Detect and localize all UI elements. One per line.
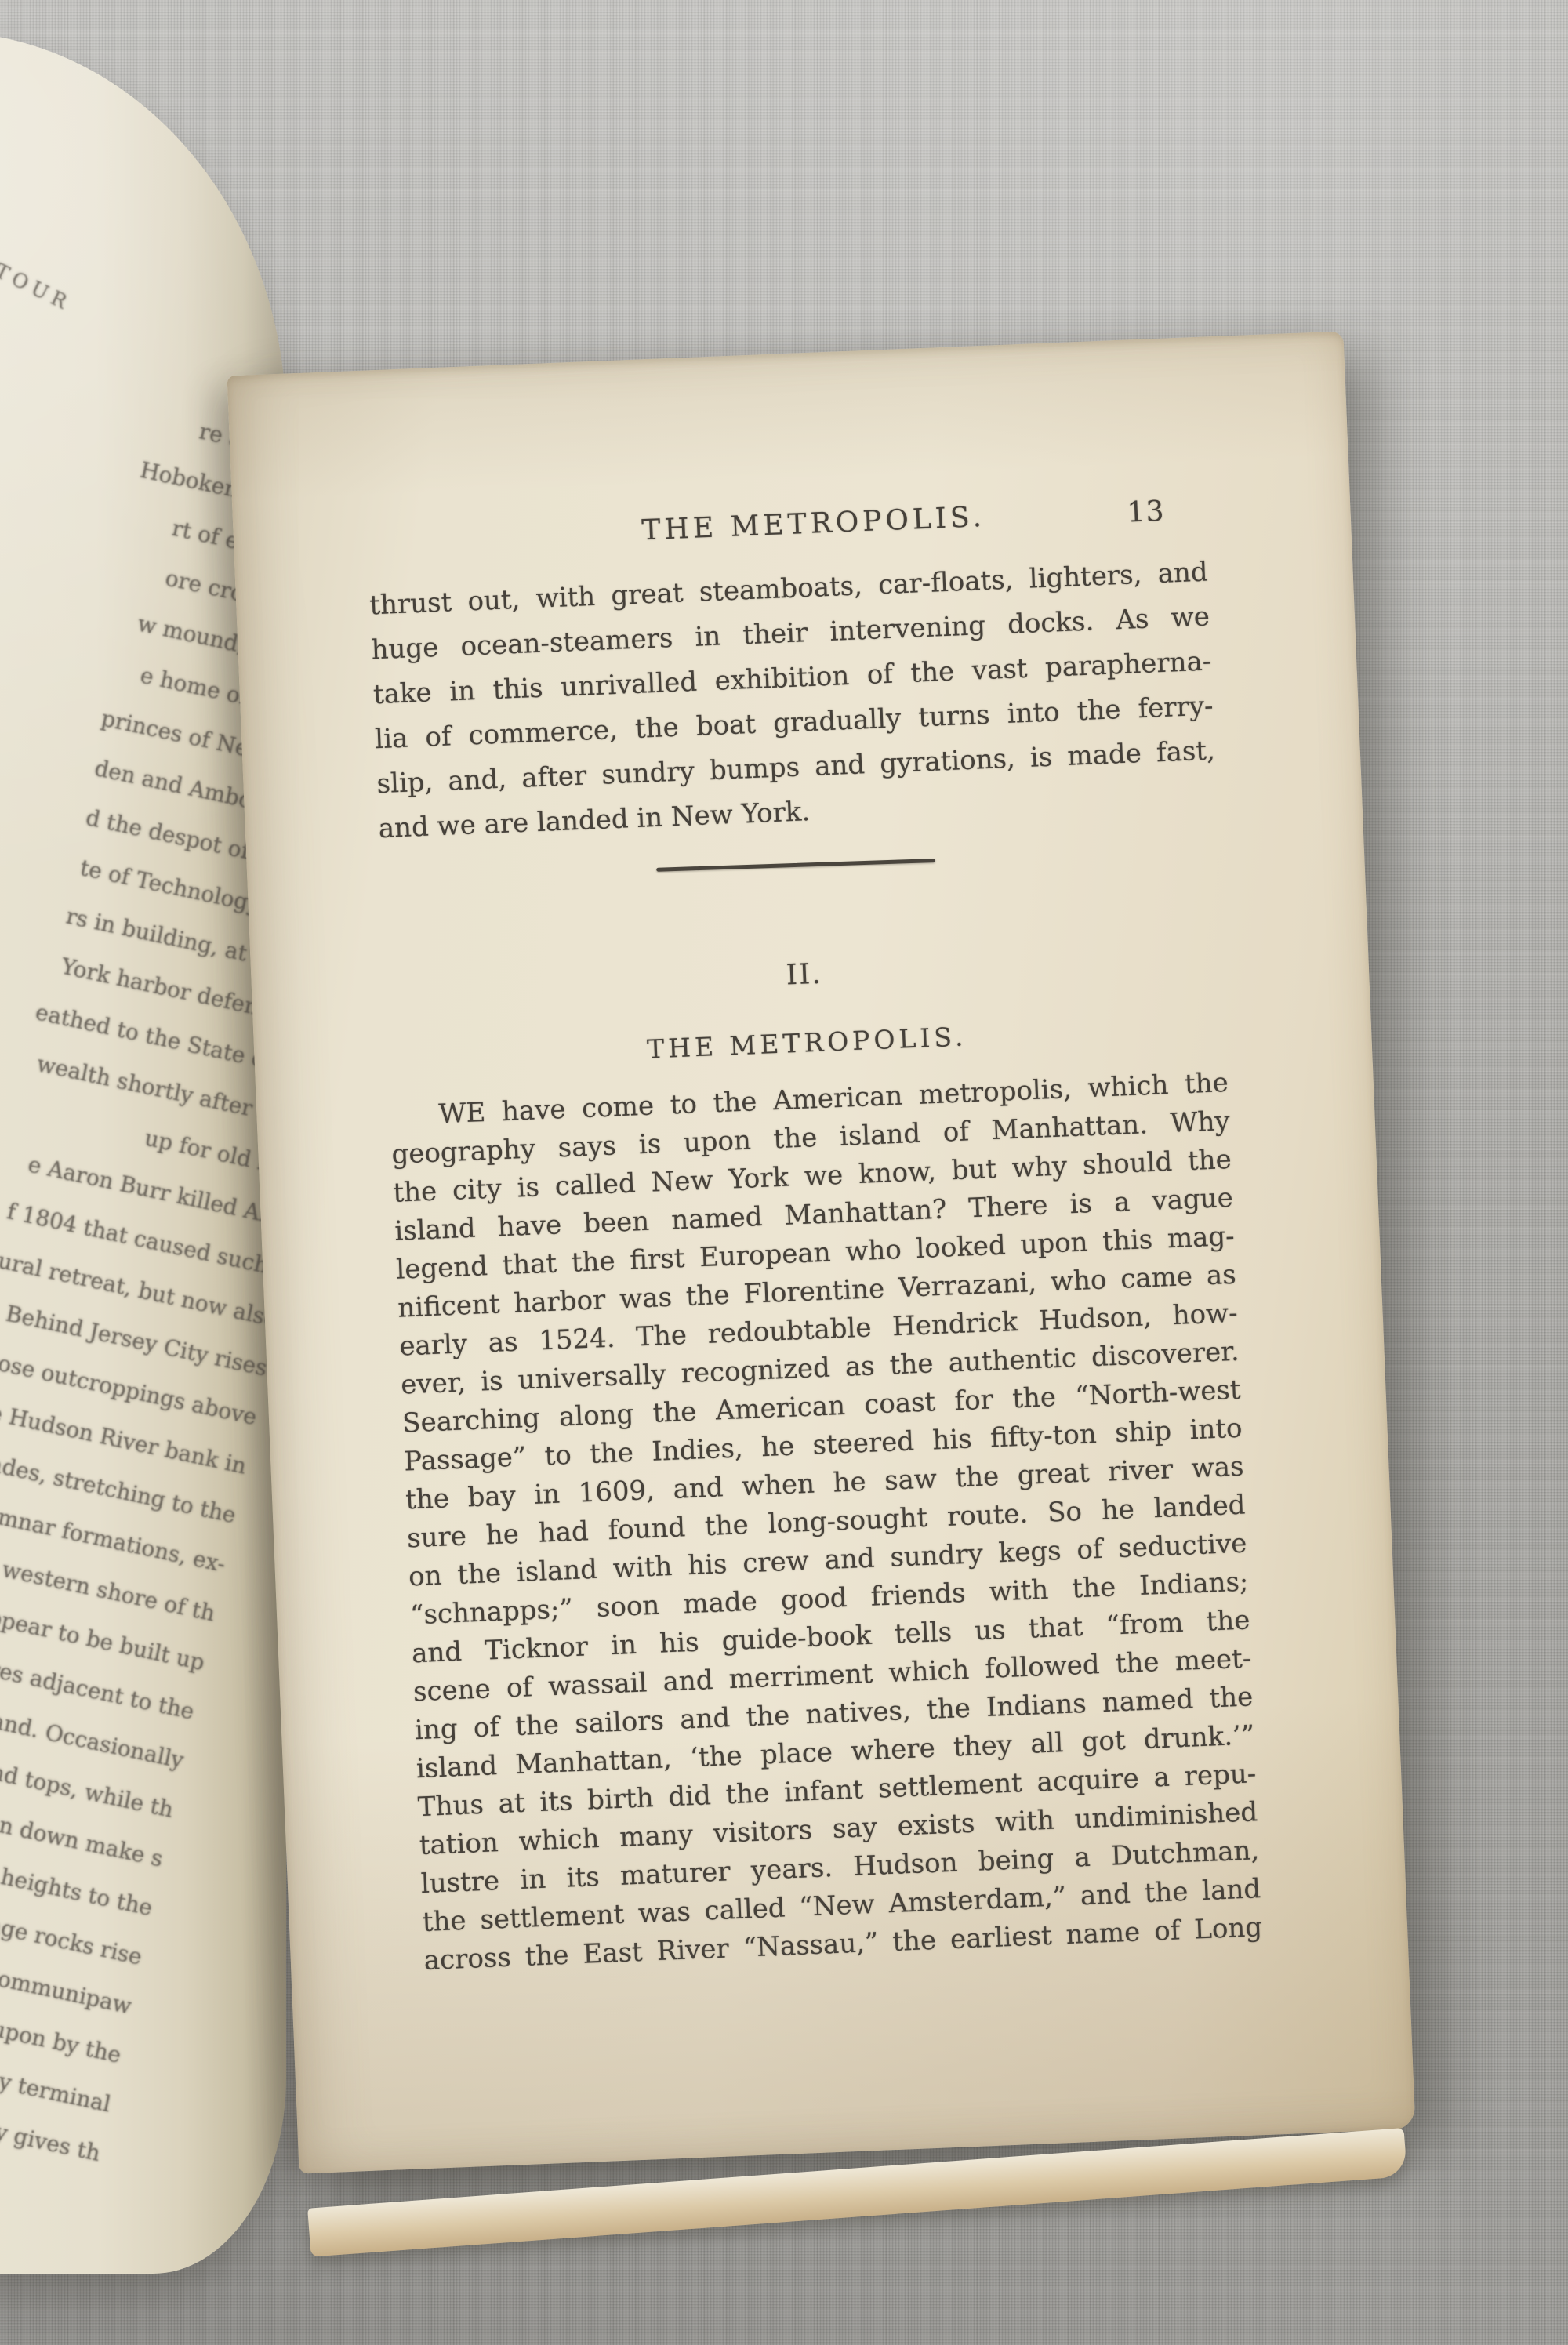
paragraph-continuation: thrust out, with great steamboats, car-f…	[368, 550, 1218, 852]
running-header: THE METROPOLIS.	[366, 492, 1206, 558]
right-page: THE METROPOLIS. 13 thrust out, with grea…	[227, 331, 1416, 2173]
chapter-title: THE METROPOLIS.	[387, 1011, 1227, 1075]
left-page: TOUR in numerous railwayre adjacent. Jer…	[0, 31, 286, 2274]
section-divider	[656, 859, 935, 872]
right-page-content: THE METROPOLIS. 13 thrust out, with grea…	[227, 331, 1416, 2173]
chapter-number: II.	[384, 942, 1224, 1007]
book-photo: TOUR in numerous railwayre adjacent. Jer…	[0, 0, 1568, 2345]
chapter-paragraph: WE have come to the American metropolis,…	[390, 1064, 1263, 1980]
left-running-header: TOUR	[0, 259, 75, 315]
page-number: 13	[1127, 495, 1165, 529]
